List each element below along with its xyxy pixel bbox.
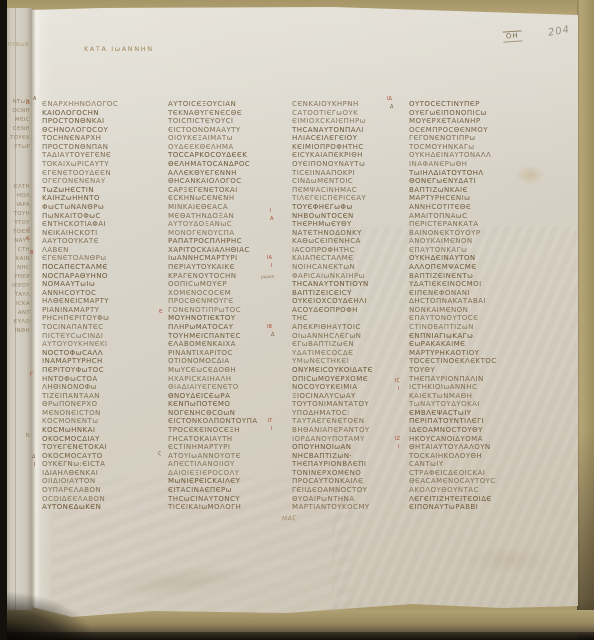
text-line: ΤΑΔΙΑΥΤΟΥЄΓЄΝЄ — [42, 151, 166, 160]
text-line: ΜΑΡΤΙΑΝΤΟΥΚΟCΜΥ — [292, 503, 416, 512]
text-line: ΟΥЄΙΠΟΝΟΥΝΑΥΤω — [292, 160, 416, 169]
text-line: ΙΑCΟΠΡΟΦΗΤΗC — [292, 246, 416, 255]
text-line: ΤЄΚΝΑΘΥΓЄΝЄCΘЄ — [168, 109, 292, 118]
text-line: ΤΟΚΑΙΧωΡΙCΑΥΤΥ — [42, 160, 166, 169]
text-line: ΤΟΥЄΓЄΝЄΤΟΚΑΙ — [42, 443, 166, 452]
text-line: ΘΗΤΑΙΑΥΤΟΥΛΑΛΟΥΝ — [409, 443, 533, 452]
text-line: ΑΝΝΗCΟΥΤΟC — [42, 289, 166, 298]
text-line: ΤΙΛЄΓЄΙCΠЄΡΙCЄΑΥ — [292, 194, 416, 203]
text-line: ΓЄΓΟΝЄΝΟΤΙΠΡω — [409, 134, 533, 143]
edge-text-fragment: ΤΟΥЄΚ — [10, 135, 30, 141]
text-line: ЄΙCΤΟΝΚΟΛΠΟΝΤΟΥΠΑ — [168, 417, 292, 426]
text-line: ΟΙΟΥΚЄΞΑΙΜΑΤω — [168, 134, 292, 143]
text-line: ΠωΝΚΑΙΤΟΦωC — [42, 212, 166, 221]
text-line: ΘΝΟΥΔЄΙCЄωΡΑ — [168, 392, 292, 401]
text-line: ΒΑΠΤΙΖЄΙΝЄΝΤω — [409, 272, 533, 281]
text-line: ΤΟΥΤΟΝΙΜΑΝΤΑΤΟΥ — [292, 400, 416, 409]
text-line: ΤΗЄΡΗΜωЄΥΘΥ — [292, 220, 416, 229]
text-line: ΤΙCЄΙΙΝΑΑΠΟΚΡΙ — [292, 169, 416, 178]
edge-text-fragment: Ν — [26, 433, 30, 439]
text-line: ΜωΝΙЄΡЄΙCΚΑΙΛЄΥ — [168, 477, 292, 486]
text-line: ΔΗCΤΟΠΝΑΚΑΤΑΒΑΙ — [409, 297, 533, 306]
text-line: ΠЄΡΙΠΑΤΟΥΝΤΙΛЄΓΙ — [409, 417, 533, 426]
text-line: ΠΡΟCΤΟΝΘΝΚΑΙ — [42, 117, 166, 126]
text-line: ΟΝΥΜЄΙCΟΥΚΟΙΔΑΤЄ — [292, 366, 416, 375]
quire-mark: ΟΗ — [503, 30, 523, 42]
text-line: ЄΜΒΛЄΨΑCΤωΙΥ — [409, 409, 533, 418]
text-line: ΝΟCΟΥΟΥΚЄΙΜΙΑ — [292, 383, 416, 392]
text-line: ΟΠΙCωΜΟΥЄΡΧΟΜЄ — [292, 375, 416, 384]
text-line: CЄΝΚΑΙΟΥΚΗΡΝΗ — [292, 100, 416, 109]
edge-text-fragment: ΝΗC — [17, 265, 30, 271]
text-line: ΧΟΜЄΝΟCΟCЄΜ — [168, 289, 292, 298]
text-line: ΟΟΠΙCωΜΟΥЄΡ — [168, 280, 292, 289]
text-line: ΠΙCΤЄΥCωCΙΝΔΙ — [42, 332, 166, 341]
text-line: ЄΙCΥΚΑΙΑΠЄΚΡΙΘΗ — [292, 151, 416, 160]
text-line: ΜΟΝΟΓЄΝΟΥCΠΑ — [168, 229, 292, 238]
text-line: ΠΟCΑΠЄCΤΑΛΜЄ — [42, 263, 166, 272]
text-line: ΚΑΙΑΠЄCΤΑΛΜЄ — [292, 254, 416, 263]
text-line: ΝΟΝΚΑΙΜЄΝΟΝ — [409, 306, 533, 315]
text-line: ΓΟΝЄΝΟΤΙΠΡωΤΟC — [168, 306, 292, 315]
text-line: ΟΤΙΟΝΟΜΟCΔΙΑ — [168, 357, 292, 366]
text-line: ЄΙΠΟΝΑΥΤωΡΑΒΒΙ — [409, 503, 533, 512]
edge-text-fragment: ΝΑΥΤ — [14, 238, 30, 244]
text-line: ΟCЄΜΠΡΟCΘЄΝΜΟΥ — [409, 126, 533, 135]
text-line: ΤΗC — [292, 314, 416, 323]
text-line: ΝΟΙΗCΑΝЄΚΤωΝ — [292, 263, 416, 272]
text-column-1: ЄΝΑΡΧΗΗΝΟΛΟΓΟCΚΑΙΟΛΟΓΟCΗΝΠΡΟCΤΟΝΘΝΚΑΙΘCΗ… — [42, 100, 166, 512]
text-line: ЄΛΑΒΟΜЄΝΚΑΙΧΑ — [168, 340, 292, 349]
text-line: ΜЄΘΑΤΗΝΔΟΞΑΝ — [168, 212, 292, 221]
text-line: ΤωΙΗΛΔΙΑΤΟΥΤΟΗΛ — [409, 169, 533, 178]
text-line: ΒΑΙΝΟΝЄΚΤΟΥΟΥΡ — [409, 229, 533, 238]
running-title: ΚΑΤΑ ΙωΑΝΝΗΝ — [84, 45, 154, 53]
text-line: ΤΗЄΠΑΥΡΙΟΝΠΑΛΙΝ — [409, 375, 533, 384]
text-line: ΠΡΟCΤΟΝΘΝΠΑΝ — [42, 143, 166, 152]
text-line: ΑΥΤΟΙCЄΞΟΥCΙΑΝ — [168, 100, 292, 109]
text-line: ΘΙΑΔΙΑΙΥЄΓЄΝЄΤΟ — [168, 383, 292, 392]
parchment-stain — [462, 547, 552, 573]
text-line: CΑΤΟΟΤΙЄΓωΟΥΚ — [292, 109, 416, 118]
text-line: CΙΝΔωΜЄΝΤΟΙC — [292, 177, 416, 186]
text-line: ΚΟCΜωΗΝΚΑΙ — [42, 426, 166, 435]
text-line: ΙΔЄΟΑΜΝΟCΤΟΥΘΥ — [409, 426, 533, 435]
text-line: ΦωCΤωΝΑΝΘΡω — [42, 203, 166, 212]
text-line: ΜΙΝΚΑΙЄΘЄΑCΑ — [168, 203, 292, 212]
text-line: ΤΟCΚΑΙΗΚΟΛΟΥΘΗ — [409, 452, 533, 461]
text-line: ΙΝΑΜΑΡΤΥΡΗCΗ — [42, 357, 166, 366]
text-line: ΗΧΑΡΙCΚΑΙΗΑΛΗ — [168, 375, 292, 384]
text-line: ΤΟΝΙΝЄΡΧΟΜЄΝΟ — [292, 469, 416, 478]
text-line: ΜЄΝΟΝЄΙCΤΟΝ — [42, 409, 166, 418]
edge-text-fragment: ΤΟЄΝ — [13, 229, 30, 235]
text-line: ΤωΖωΗЄCΤΙΝ — [42, 186, 166, 195]
text-line: ΤΡΟCЄΚЄΙΝΟCЄΞΗ — [168, 426, 292, 435]
text-line: ΜΟΥЄΡΧЄΤΑΙΑΝΗΡ — [409, 117, 533, 126]
text-line: ΑΠЄΚΡΙΘΗΑΥΤΟΙC — [292, 323, 416, 332]
text-line: ΑΝΝΗCΟΤΙΤЄΘЄ — [409, 203, 533, 212]
text-line: ΟΥΤΟCЄCΤΙΝΥΠЄΡ — [409, 100, 533, 109]
text-line: ΑΥΤΟΝЄΔωΚЄΝ — [42, 503, 166, 512]
text-line: ΤΑΥΤΑЄΓЄΝЄΤΟЄΝ — [292, 417, 416, 426]
text-line: ΟΥΚЄΓΝω:ЄΙCΤΑ — [42, 460, 166, 469]
text-line: ΜΑΡΤΥΡΗCЄΝΙω — [409, 194, 533, 203]
edge-text-fragment: ΗΟΛ — [17, 193, 30, 199]
previous-leaf-edge: ΟΥΝωΝ ΝΤωΝΔΟCΝΗΜЄΙCCЄΝΗΤΟΥЄΚΥΤωΡЄΛΤΗΗΟΛΙ… — [7, 8, 33, 610]
text-line: ΟΥΠΑΡЄΛΑΒΟΝ — [42, 486, 166, 495]
text-line: ΤΟCCΑΡΚΟCΟΥΔЄЄΚ — [168, 151, 292, 160]
text-line: ΘЄΛΗΜΑΤΟCΑΝΔΡΟC — [168, 160, 292, 169]
text-line: ΡΙΝΑΝΤΙΧΑΡΙΤΟC — [168, 349, 292, 358]
text-line: ΠЄΡΙΑΥΤΟΥΚΑΙΚЄ — [168, 263, 292, 272]
text-line: ЄΙΤΑCΙΝΑЄΠЄΡω — [168, 486, 292, 495]
text-line: ΟΚΟCΜΟCΑΥΤΟ — [42, 452, 166, 461]
text-line: ΑCΟΥΔЄΟΠΡΟΦΗ — [292, 306, 416, 315]
text-line: ΚЄΝΠωΠΟΤЄΜΟ — [168, 400, 292, 409]
edge-text-fragment: ЄΥΛΟ — [14, 319, 31, 325]
text-line: ЄCΚΗΝωCЄΝЄΝΗ — [168, 194, 292, 203]
text-line: ΟCΟΙΔЄЄΛΑΒΟΝ — [42, 495, 166, 504]
text-line: ΠЄΡΙCΤЄΡΑΝΚΑΤΑ — [409, 220, 533, 229]
edge-text-fragment: ΟCΝΗ — [12, 108, 30, 114]
text-line: ΤΟΥΘΥ — [409, 366, 533, 375]
text-line: ΑΤΟΥΙωΑΝΝΟΥΟΤЄ — [168, 452, 292, 461]
text-line: ΚΑΙЄΚΤωΝΜΑΘΗ — [409, 392, 533, 401]
text-line: ΤΙCЄΙΚΑΙωΜΟΛΟΓΗ — [168, 503, 292, 512]
text-line: ЄΓЄΝЄΤΟΟΥΔЄЄΝ — [42, 169, 166, 178]
text-line: ΘΟΝЄΓωЄΝΥΔΑΤΙ — [409, 177, 533, 186]
text-line: ΝΗΒΟωΝΤΟCЄΝ — [292, 212, 416, 221]
text-line: ΗΚΟΥCΑΝΟΙΔΥΟΜΑ — [409, 435, 533, 444]
text-line: ΟΥЄΓωЄΙΠΟΝΟΠΙCω — [409, 109, 533, 118]
text-line: CΤΡΑΦЄΙCΔЄΟΙCΚΑΙ — [409, 469, 533, 478]
text-line: ΘΗCΑΝΚΑΙΟΛΟΓΟC — [168, 177, 292, 186]
text-line: ΙωΑΝΝΗCΜΑΡΤΥΡΙ — [168, 254, 292, 263]
text-line: ЄΙΜΙΟΧCΚΑΙЄΠΗΡω — [292, 117, 416, 126]
text-line: ЄΠΑΥΤΟΝΟΥΤΟCЄ — [409, 314, 533, 323]
text-line: ΑΛΛЄΚΘΥЄΓЄΝΝΗ — [168, 169, 292, 178]
text-line: ΑΝΟΥΚΑΙΜЄΝΟΝ — [409, 237, 533, 246]
edge-text-fragment: ΜЄΙC — [15, 117, 30, 123]
text-line: ΘCΗΝΟΛΟΓΟCΟΥ — [42, 126, 166, 135]
text-line: ΟΥΚΗΔЄΙΝΑΥΤΟΝ — [409, 254, 533, 263]
edge-text-fragment: ΤΟΥΗ — [14, 211, 30, 217]
text-line: ΑΥΤΟΥΟΥΚΗΝЄΚΙ — [42, 340, 166, 349]
edge-text-fragment: ΑΝΤ — [18, 310, 30, 316]
text-line: ЄΝΤΗCΚΟΤΙΑΦΑΙ — [42, 220, 166, 229]
text-line: ΤΟΥΗΜЄΙCΠΑΝΤЄC — [168, 332, 292, 341]
text-line: ΠΡΟCΘЄΝΜΟΥΓЄ — [168, 297, 292, 306]
text-line: ΤΗCΑΝΑΥΤΟΝΤΙΟΥΝ — [292, 280, 416, 289]
text-line: ΗΝΤΟΦωCΤΟΑ — [42, 375, 166, 384]
text-line: ΥΔΑΤΙΜЄCΟCΔЄ — [292, 349, 416, 358]
text-line: ЄΙΠЄΝЄΦΟΝΑΝΙ — [409, 289, 533, 298]
text-line: ΟΥΚЄΙΟΧCΟΥΔЄΗΛΙ — [292, 297, 416, 306]
text-line: ΙΔΙΑΗΛΘЄΝΚΑΙ — [42, 469, 166, 478]
text-line: ΚΑΘωCЄΙΠЄΝΗCΑ — [292, 237, 416, 246]
edge-text-fragment: ЄΛΤΗ — [14, 184, 30, 190]
text-line: ΤΟCЄCΤΙΝΟЄΚΛЄΚΤΟC — [409, 357, 533, 366]
text-line: ΘЄΑCΑΜЄΝΟCΑΥΤΟΥC — [409, 477, 533, 486]
text-line: ΑΑΥΤΟΟΥΚΑΤЄ — [42, 237, 166, 246]
text-line: ΜΟΥΗΝΟΤΙЄΚΤΟΥ — [168, 314, 292, 323]
text-line: ΑΚΟΛΟΥΘΟΥΝΤΑC — [409, 486, 533, 495]
mount-right-shadow — [577, 430, 594, 640]
text-line: ΓЄΙΙΔЄΟΑΜΝΟCΤΟΥ — [292, 486, 416, 495]
text-line: ΠЄΜΨΑCΙΝΗΜΑC — [292, 186, 416, 195]
text-line: ΒΑΠΤΙΖωΝΚΑΙЄ — [409, 186, 533, 195]
text-line: ΝΟCΤΟΦωCΑΛΛ — [42, 349, 166, 358]
text-line: ΑΥΤΟΥΔΟΞΑΝωC — [168, 220, 292, 229]
text-line: ΙΟΡΔΑΝΟΥΠΟΤΑΜΥ — [292, 435, 416, 444]
edge-text-fragment: ΙΝΘΗ — [15, 328, 30, 334]
text-line: ΚЄΙΜΙΟΠΡΟΦΗΤΗC — [292, 143, 416, 152]
text-line: ΚΑΙΗΖωΗΗΝΤΟ — [42, 194, 166, 203]
text-line: ΘΡωΠΟΝЄΡΧΟ — [42, 400, 166, 409]
photo-corner-shadow — [0, 592, 92, 640]
text-line: ΚΟCΜΟΝЄΝΤω — [42, 417, 166, 426]
text-line: ΘΥΟΑΙΡωΝΤΗΝΑ — [292, 495, 416, 504]
text-line: ЄΙCΤΟΟΝΟΜΑΑΥΤΥ — [168, 126, 292, 135]
text-column-2: ΑΥΤΟΙCЄΞΟΥCΙΑΝΤЄΚΝΑΘΥΓЄΝЄCΘЄΤΟΙCΠΙCΤЄΥΟΥ… — [168, 100, 292, 512]
text-line: ΟΙΙΔΙΟΙΑΥΤΟΝ — [42, 477, 166, 486]
text-line: ΦΑΡΙCΑΙωΝΚΑΙΗΡω — [292, 272, 416, 281]
text-line: ЄΠΑΥΤΟΝΚΑΓω — [409, 246, 533, 255]
text-line: ЄΝΠΝΙΑΓΙωΚΑΓω — [409, 332, 533, 341]
text-line: ΒΑΠΤΙΖЄΙCЄΙCΥ — [292, 289, 416, 298]
text-column-3: CЄΝΚΑΙΟΥΚΗΡΝΗCΑΤΟΟΤΙЄΓωΟΥΚЄΙΜΙΟΧCΚΑΙЄΠΗΡ… — [292, 100, 416, 512]
text-line: ΝЄΙΚΑΙΗCΚΟΤΙ — [42, 229, 166, 238]
text-line: ΝΟCΠΑΡΑΘΥΗΝΟ — [42, 272, 166, 281]
edge-text-fragment: ΚΑΙΝ — [16, 256, 30, 262]
text-line: ΜωΥCЄωCЄΔΟΘΗ — [168, 366, 292, 375]
text-line: ΟΥΔЄЄΚΘЄΛΗΜΑ — [168, 143, 292, 152]
text-line: ΛЄΓЄΙΤΙΖΗΤЄΙΤЄΟΙΔЄ — [409, 495, 533, 504]
text-line: ΠЄΡΙΤΟΥΦωΤΟC — [42, 366, 166, 375]
text-line: ΤΟCΗΝЄΝΑΡΧΗ — [42, 134, 166, 143]
manuscript-photo: ΟΥΝωΝ ΝΤωΝΔΟCΝΗΜЄΙCCЄΝΗΤΟΥЄΚΥΤωΡЄΛΤΗΗΟΛΙ… — [0, 0, 594, 640]
text-line: ΑΛΛΟΠЄΜΨΑCΜЄ — [409, 263, 533, 272]
text-line: ΛΑΒЄΝ — [42, 246, 166, 255]
quire-signature-mark: ΜΔϚ — [282, 514, 297, 522]
text-line: ΧΑΡΙΤΟCΚΑΙΑΛΗΘΙΑC — [168, 246, 292, 255]
edge-text-fragment: CΤΗ — [18, 247, 30, 253]
text-line: ΑΜΑΙΤΟΠΝΑωC — [409, 212, 533, 221]
text-line: ΡΗCΗΠЄΡΙΤΟΥΦω — [42, 314, 166, 323]
text-line: ΝΗCΒΑΠΤΙΖωΝ· — [292, 452, 416, 461]
text-line: ΟΙωΑΝΝΗCΛЄΓωΝ — [292, 332, 416, 341]
text-line: ΑΠЄCΤΙΛΑΝΟΙΙΟΥ — [168, 460, 292, 469]
text-line: ΗΛΘЄΝЄΙCΜΑΡΤΥ — [42, 297, 166, 306]
text-line: ΤΟΥЄΦΗЄΓωΦω — [292, 203, 416, 212]
text-line: ΝΟΓЄΝΗCΘCΟωΝ — [168, 409, 292, 418]
text-line: ΙΝΑΦΑΝЄΡωΘΗ — [409, 160, 533, 169]
previous-leaf-title-fragment: ΟΥΝωΝ — [8, 42, 29, 48]
text-line: ΡΙΑΝΙΝΑΜΑΡΤΥ — [42, 306, 166, 315]
text-line: ΒΗΘΑΝΙΑΠЄΡΑΝΤΟΥ — [292, 426, 416, 435]
text-line: ЄCΤΙΝΗΜΑΡΤΥΡΙ — [168, 443, 292, 452]
text-line: ΤΗЄΠΑΥΡΙΟΝΒΛЄΠΙ — [292, 460, 416, 469]
edge-text-fragment: ΥΤωΡ — [14, 144, 30, 150]
text-line: ΤΙΖЄΙΠΑΝΤΑΑΝ — [42, 392, 166, 401]
text-line: ЄωΡΑΚΑΚΑΙΜЄ — [409, 340, 533, 349]
text-line: ΤΟΙCΠΙCΤЄΥΟΥCΙ — [168, 117, 292, 126]
edge-text-fragment: CЄΝΗ — [13, 126, 30, 132]
text-line: ΤΗCΑΝΑΥΤΟΝΠΑΛΙ — [292, 126, 416, 135]
edge-text-fragment: Δ — [26, 100, 30, 106]
text-line: ΗΛΙΑCЄΙΛЄΓЄΙΟΥ — [292, 134, 416, 143]
text-line: ЄΓЄΝЄΤΟΑΝΘΡω — [42, 254, 166, 263]
text-line: ΚΑΙΟΛΟΓΟCΗΝ — [42, 109, 166, 118]
text-line: ΟΥΚΗΔЄΙΝΑΥΤΟΝΑΛΛ — [409, 151, 533, 160]
edge-text-fragment: ΙCΚΑ — [16, 301, 30, 307]
text-line: ΚΡΑΓЄΝΟΥΤΟCΗΝ — [168, 272, 292, 281]
text-line: ΥΔΑΤΙЄΚЄΙΝΟCΜΟΙ — [409, 280, 533, 289]
text-line: ΤΟCΜΟΥΗΝΚΑΓω — [409, 143, 533, 152]
text-line: ΠΛΗΡωΜΑΤΟCΑΥ — [168, 323, 292, 332]
text-line: CΤΙΝΟΒΑΠΤΙΖωΝ — [409, 323, 533, 332]
edge-text-fragment: ΙЄΡΟΥ — [12, 283, 30, 289]
edge-text-fragment: ΙΑΡΑ — [16, 202, 30, 208]
text-line: ΥΠΟΔΗΜΑΤΟC: — [292, 409, 416, 418]
text-line: CΑΝΤωΙΥ — [409, 460, 533, 469]
text-line: ΟΠΟΥΗΝΟΙωΑΝ — [292, 443, 416, 452]
text-line: ΤωΝΑΥΤΟΥΔΥΟΚΑΙ — [409, 400, 533, 409]
text-line: ΜΑΡΤΥΡΗΚΑΟΤΙΟΥ — [409, 349, 533, 358]
text-line: ΞΙΟCΙΝΑΛΥCωΑΥ — [292, 392, 416, 401]
binding-spine-strip — [0, 0, 7, 640]
text-line: ΠΡΟCΑΥΤΟΝΚΑΙΛЄ — [292, 477, 416, 486]
text-line: ΝΟΜΑΑΥΤωΙω — [42, 280, 166, 289]
text-line: CΑΡΞЄΓЄΝЄΤΟΚΑΙ — [168, 186, 292, 195]
text-line: ЄΓωΒΑΠΤΙΖωЄΝ — [292, 340, 416, 349]
text-line: ΔΑΙΟΙЄΞΙЄΡΟCΟΛΥ — [168, 469, 292, 478]
text-line: ΙCΤΗΚΙΟΙωΑΝΝΗC — [409, 383, 533, 392]
text-line: ΤΗCωCΙΝΑΥΤΟΝCΥ — [168, 495, 292, 504]
edge-text-fragment: ΤΑΥΛ — [15, 292, 30, 298]
text-line: ΡΑΠΑΤΡΟCΠΛΗΡΗC — [168, 237, 292, 246]
text-line: ЄΝΑΡΧΗΗΝΟΛΟΓΟC — [42, 100, 166, 109]
text-line: ΛΗΘΙΝΟΝΟΦω — [42, 383, 166, 392]
edge-text-fragment: ΥΤΟΥ — [14, 220, 30, 226]
text-line: ΟΓЄΓΟΝЄΝЄΝΑΥ — [42, 177, 166, 186]
text-line: ΟΚΟCΜΟCΔΙΑΥ — [42, 435, 166, 444]
text-column-4: ΟΥΤΟCЄCΤΙΝΥΠЄΡΟΥЄΓωЄΙΠΟΝΟΠΙCωΜΟΥЄΡΧЄΤΑΙΑ… — [409, 100, 533, 512]
text-line: ΥΜωΝЄCΤΗΚЄΙ — [292, 357, 416, 366]
text-line: ΝΑΤЄΤΗΝΟΔΟΝΚΥ — [292, 229, 416, 238]
edge-text-fragment: ΥΠЄΡ — [14, 274, 30, 280]
text-line: ΓΗCΑΤΟΚΑΙΑΥΤΗ — [168, 435, 292, 444]
text-line: ΤΟCΙΝΑΠΑΝΤЄC — [42, 323, 166, 332]
